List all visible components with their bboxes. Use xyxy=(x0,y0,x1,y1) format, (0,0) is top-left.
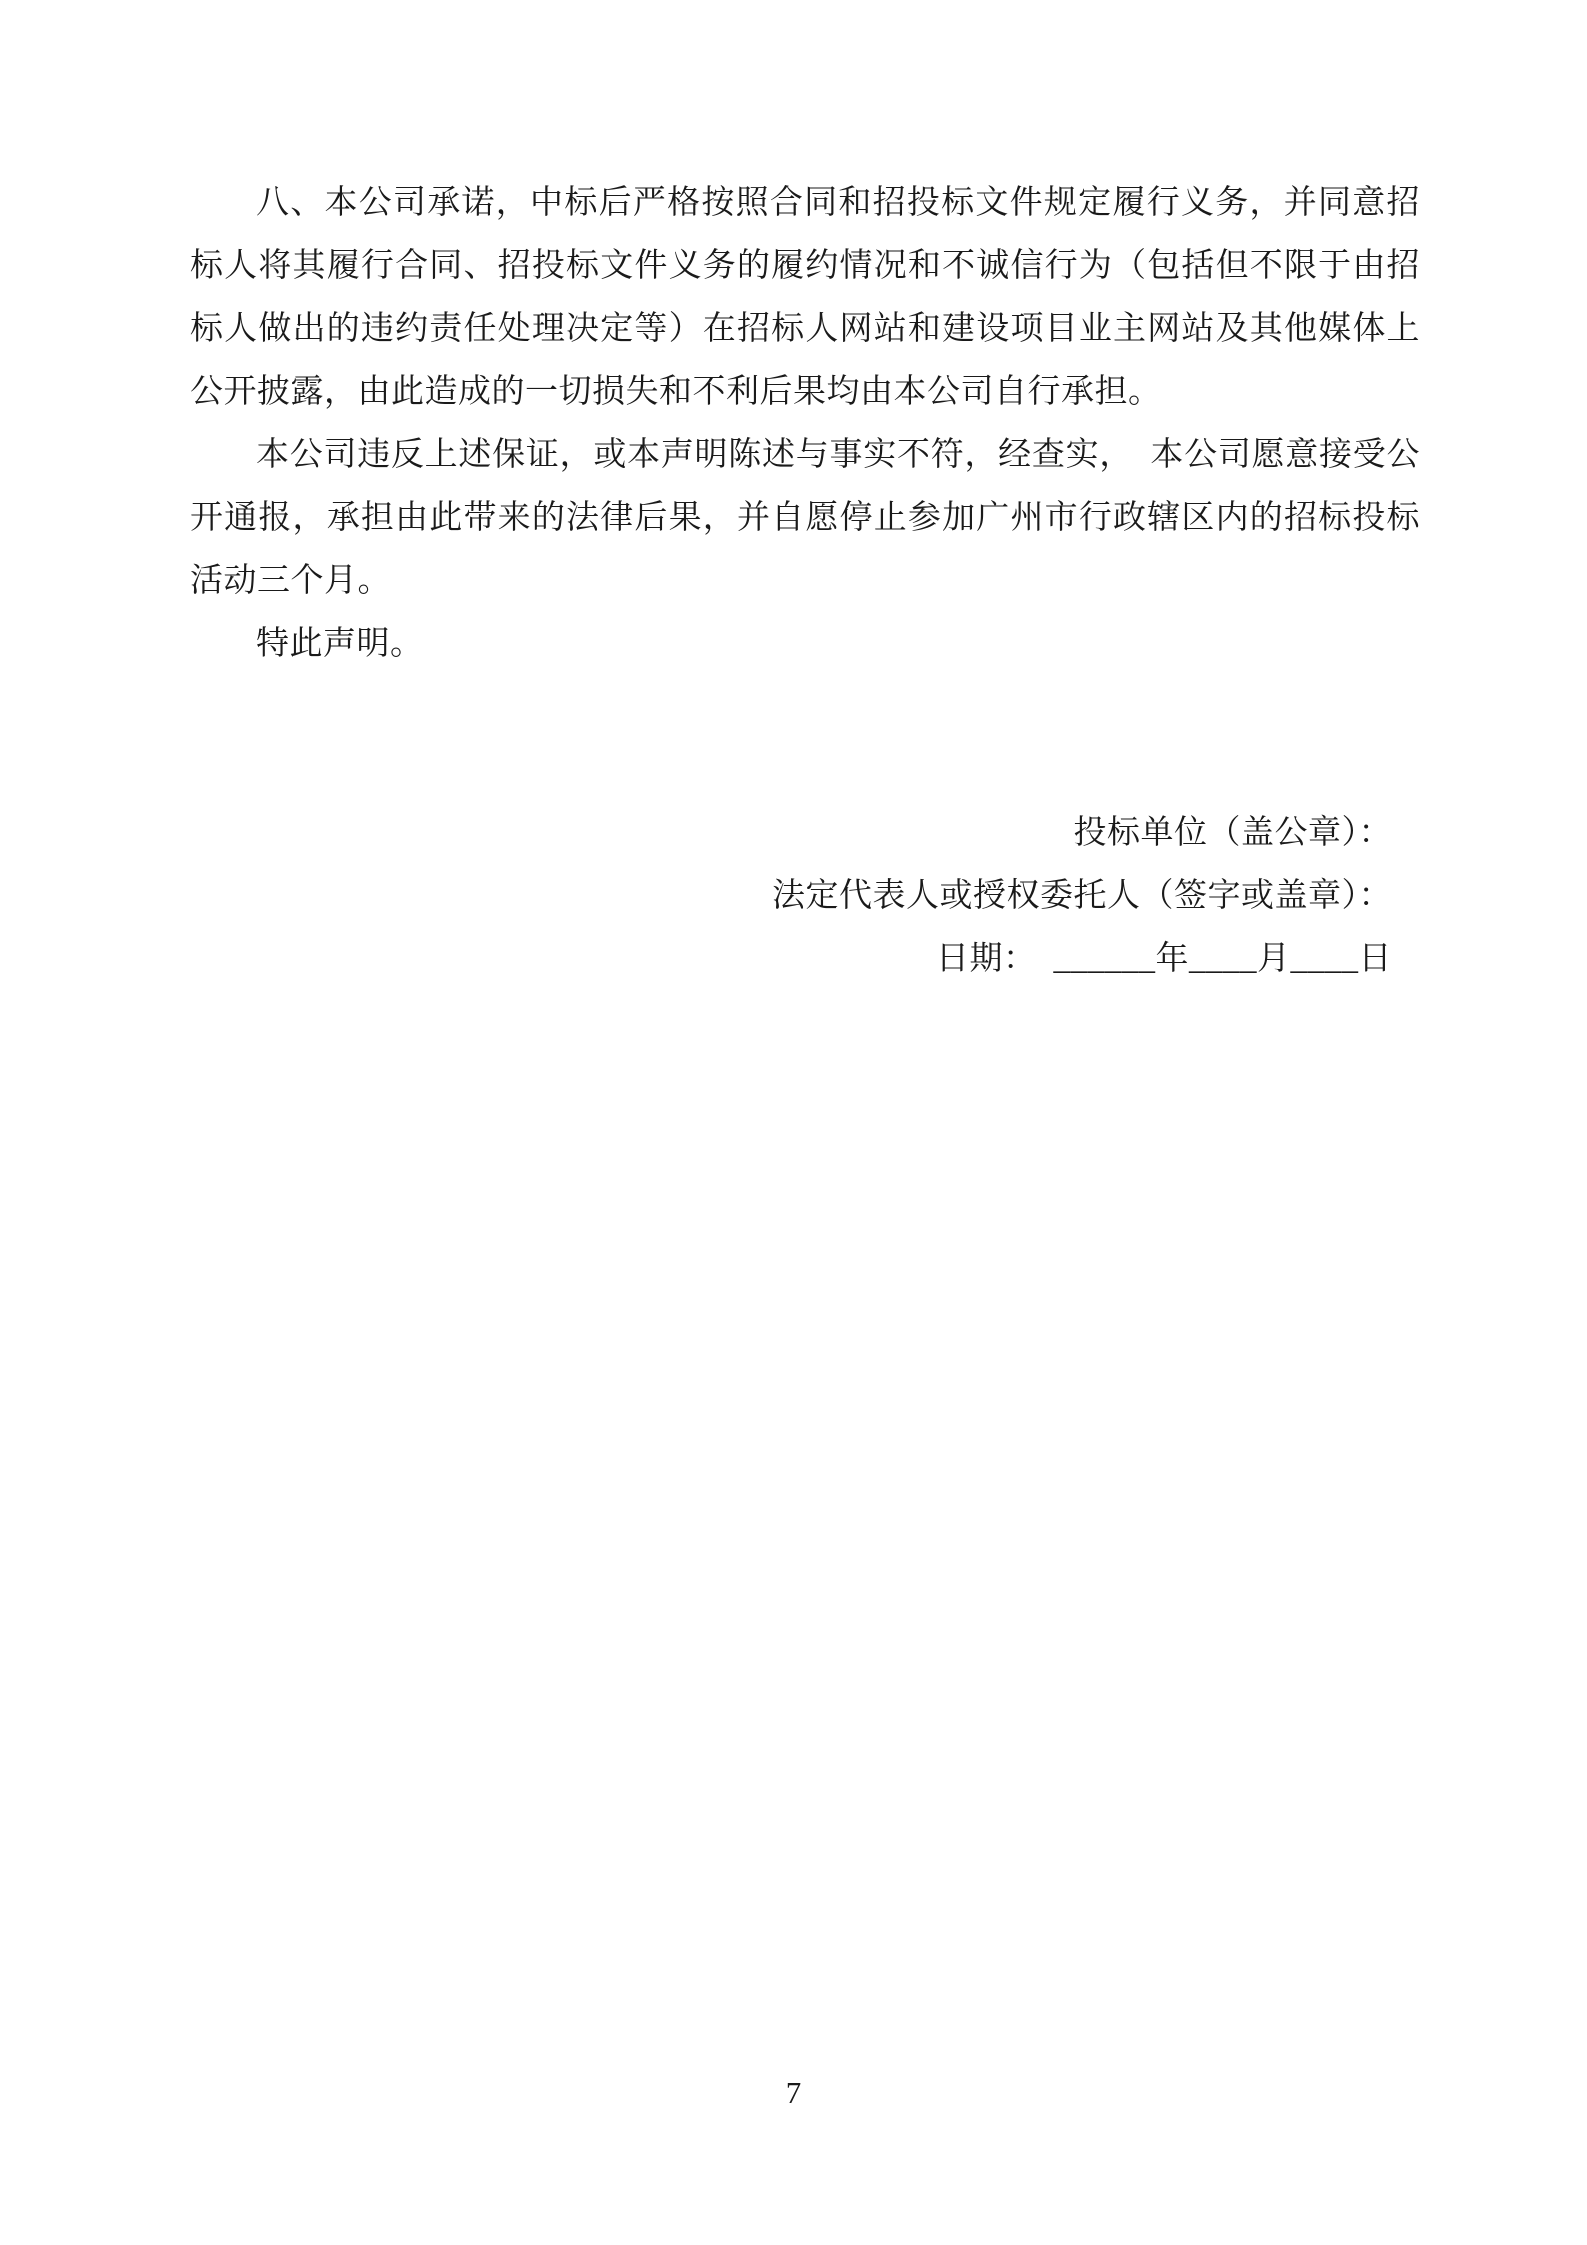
signature-line-legal-representative: 法定代表人或授权委托人（签字或盖章）： xyxy=(190,865,1392,928)
paragraph-commitment: 八、本公司承诺，中标后严格按照合同和招投标文件规定履行义务，并同意招标人将其履行… xyxy=(190,172,1420,424)
page-number: 7 xyxy=(0,2072,1587,2114)
paragraph-violation-consequences: 本公司违反上述保证，或本声明陈述与事实不符，经查实， 本公司愿意接受公开通报，承… xyxy=(190,424,1420,613)
document-page: 八、本公司承诺，中标后严格按照合同和招投标文件规定履行义务，并同意招标人将其履行… xyxy=(0,0,1587,2245)
paragraph-declaration: 特此声明。 xyxy=(190,613,1420,676)
signature-line-bidder-unit: 投标单位（盖公章）： xyxy=(190,802,1392,865)
signature-line-date: 日期： ______年____月____日 xyxy=(190,928,1392,991)
document-body: 八、本公司承诺，中标后严格按照合同和招投标文件规定履行义务，并同意招标人将其履行… xyxy=(190,172,1420,991)
signature-block: 投标单位（盖公章）： 法定代表人或授权委托人（签字或盖章）： 日期： _____… xyxy=(190,802,1420,991)
